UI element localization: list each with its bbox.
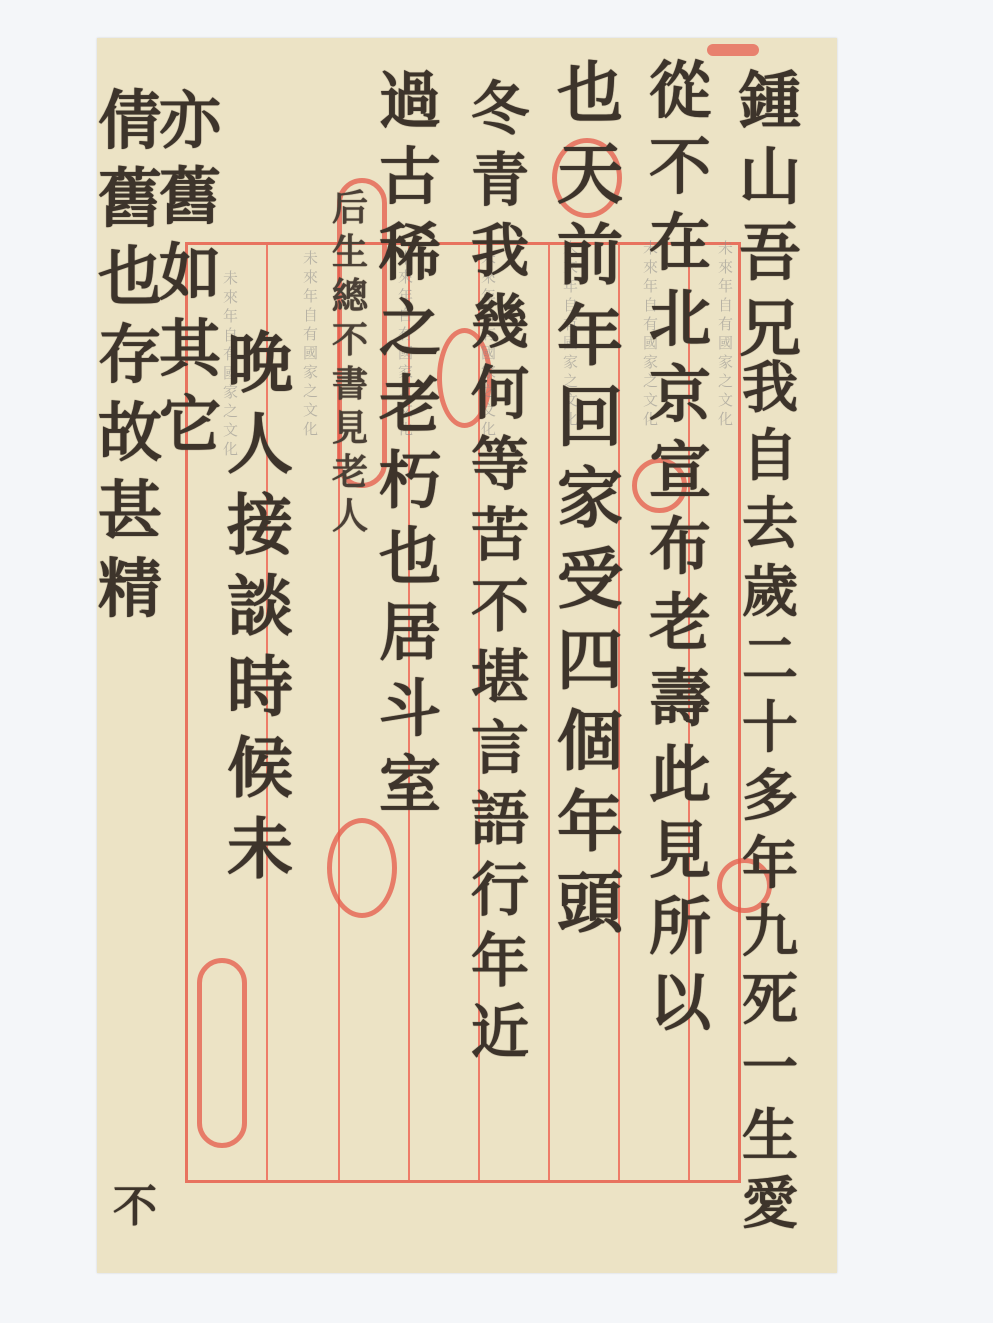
calligraphy-character: 古 [379,146,441,208]
calligraphy-character: 倩 [98,90,162,154]
calligraphy-character: 亦 [159,90,221,152]
calligraphy-character: 之 [379,298,441,360]
calligraphy-character: 其 [159,318,221,380]
red-circle-mark [197,958,247,1148]
calligraphy-column: 后生總不書見老人 [332,190,368,542]
calligraphy-character: 后 [332,190,368,226]
calligraphy-column: 倩舊也存故甚精 [98,90,162,636]
calligraphy-character: 不 [113,1185,157,1229]
calligraphy-character: 兄 [739,298,801,360]
faint-printed-column: 未來年自有國家之文化 [715,240,736,430]
calligraphy-character: 言 [471,719,529,777]
calligraphy-character: 未 [227,816,293,882]
calligraphy-character: 在 [649,212,711,274]
calligraphy-character: 室 [379,754,441,816]
calligraphy-character: 總 [332,278,368,314]
calligraphy-character: 何 [471,364,529,422]
calligraphy-character: 布 [649,516,711,578]
calligraphy-character: 行 [471,861,529,919]
calligraphy-character: 舊 [159,166,221,228]
calligraphy-character: 斗 [379,678,441,740]
calligraphy-character: 個 [557,708,623,774]
calligraphy-character: 愛 [742,1176,798,1232]
calligraphy-character: 去 [742,496,798,552]
calligraphy-character: 吾 [739,222,801,284]
faint-printed-column: 未來年自有國家之文化 [300,250,321,440]
red-dash-mark [707,44,759,56]
calligraphy-character: 從 [649,60,711,122]
calligraphy-character: 年 [471,932,529,990]
calligraphy-character: 天 [557,141,623,207]
calligraphy-character: 自 [742,428,798,484]
calligraphy-character: 它 [159,394,221,456]
calligraphy-character: 二 [742,632,798,688]
calligraphy-character: 人 [332,498,368,534]
calligraphy-column: 亦舊如其它 [159,90,221,470]
calligraphy-character: 年 [557,789,623,855]
calligraphy-character: 生 [332,234,368,270]
calligraphy-character: 存 [98,324,162,388]
calligraphy-character: 不 [649,136,711,198]
calligraphy-column: 冬青我幾何等苦不堪言語行年近 [471,80,529,1074]
calligraphy-character: 人 [227,411,293,477]
calligraphy-character: 稀 [379,222,441,284]
calligraphy-column: 不 [113,1185,157,1239]
calligraphy-character: 堪 [471,648,529,706]
calligraphy-character: 回 [557,384,623,450]
calligraphy-character: 我 [742,360,798,416]
calligraphy-character: 受 [557,546,623,612]
calligraphy-character: 年 [557,303,623,369]
calligraphy-character: 老 [649,592,711,654]
calligraphy-character: 鍾 [739,70,801,132]
calligraphy-character: 老 [379,374,441,436]
calligraphy-character: 家 [557,465,623,531]
calligraphy-character: 四 [557,627,623,693]
calligraphy-character: 死 [742,972,798,1028]
calligraphy-character: 等 [471,435,529,493]
calligraphy-character: 北 [649,288,711,350]
calligraphy-character: 也 [98,246,162,310]
calligraphy-character: 老 [332,454,368,490]
calligraphy-character: 不 [471,577,529,635]
calligraphy-character: 故 [98,402,162,466]
calligraphy-character: 也 [557,60,623,126]
calligraphy-character: 九 [742,904,798,960]
calligraphy-character: 青 [471,151,529,209]
calligraphy-character: 語 [471,790,529,848]
calligraphy-character: 多 [742,768,798,824]
calligraphy-character: 頭 [557,870,623,936]
calligraphy-character: 見 [332,410,368,446]
calligraphy-character: 書 [332,366,368,402]
red-circle-mark [327,818,397,918]
calligraphy-character: 候 [227,735,293,801]
calligraphy-column: 從不在北京宣布老壽此見所以 [649,60,711,1048]
calligraphy-character: 近 [471,1003,529,1061]
calligraphy-character: 此 [649,744,711,806]
calligraphy-character: 居 [379,602,441,664]
calligraphy-character: 精 [98,558,162,622]
calligraphy-character: 過 [379,70,441,132]
calligraphy-column: 晚人接談時候未 [227,330,293,897]
calligraphy-column: 鍾山吾兄 [739,70,801,374]
calligraphy-character: 不 [332,322,368,358]
calligraphy-column: 我自去歲二十多年九死一生愛 [742,360,798,1244]
calligraphy-character: 幾 [471,293,529,351]
calligraphy-character: 京 [649,364,711,426]
calligraphy-character: 我 [471,222,529,280]
calligraphy-character: 山 [739,146,801,208]
calligraphy-character: 見 [649,820,711,882]
calligraphy-character: 朽 [379,450,441,512]
calligraphy-character: 苦 [471,506,529,564]
calligraphy-character: 如 [159,242,221,304]
calligraphy-character: 時 [227,654,293,720]
calligraphy-character: 壽 [649,668,711,730]
calligraphy-character: 生 [742,1108,798,1164]
calligraphy-character: 所 [649,896,711,958]
calligraphy-column: 過古稀之老朽也居斗室 [379,70,441,830]
calligraphy-character: 年 [742,836,798,892]
calligraphy-character: 前 [557,222,623,288]
calligraphy-character: 十 [742,700,798,756]
calligraphy-character: 談 [227,573,293,639]
calligraphy-column: 也天前年回家受四個年頭 [557,60,623,951]
calligraphy-character: 宣 [649,440,711,502]
calligraphy-character: 晚 [227,330,293,396]
calligraphy-character: 以 [649,972,711,1034]
calligraphy-character: 接 [227,492,293,558]
calligraphy-character: 一 [742,1040,798,1096]
calligraphy-character: 冬 [471,80,529,138]
calligraphy-character: 也 [379,526,441,588]
calligraphy-character: 甚 [98,480,162,544]
calligraphy-character: 歲 [742,564,798,620]
column-rule [548,245,550,1180]
calligraphy-character: 舊 [98,168,162,232]
